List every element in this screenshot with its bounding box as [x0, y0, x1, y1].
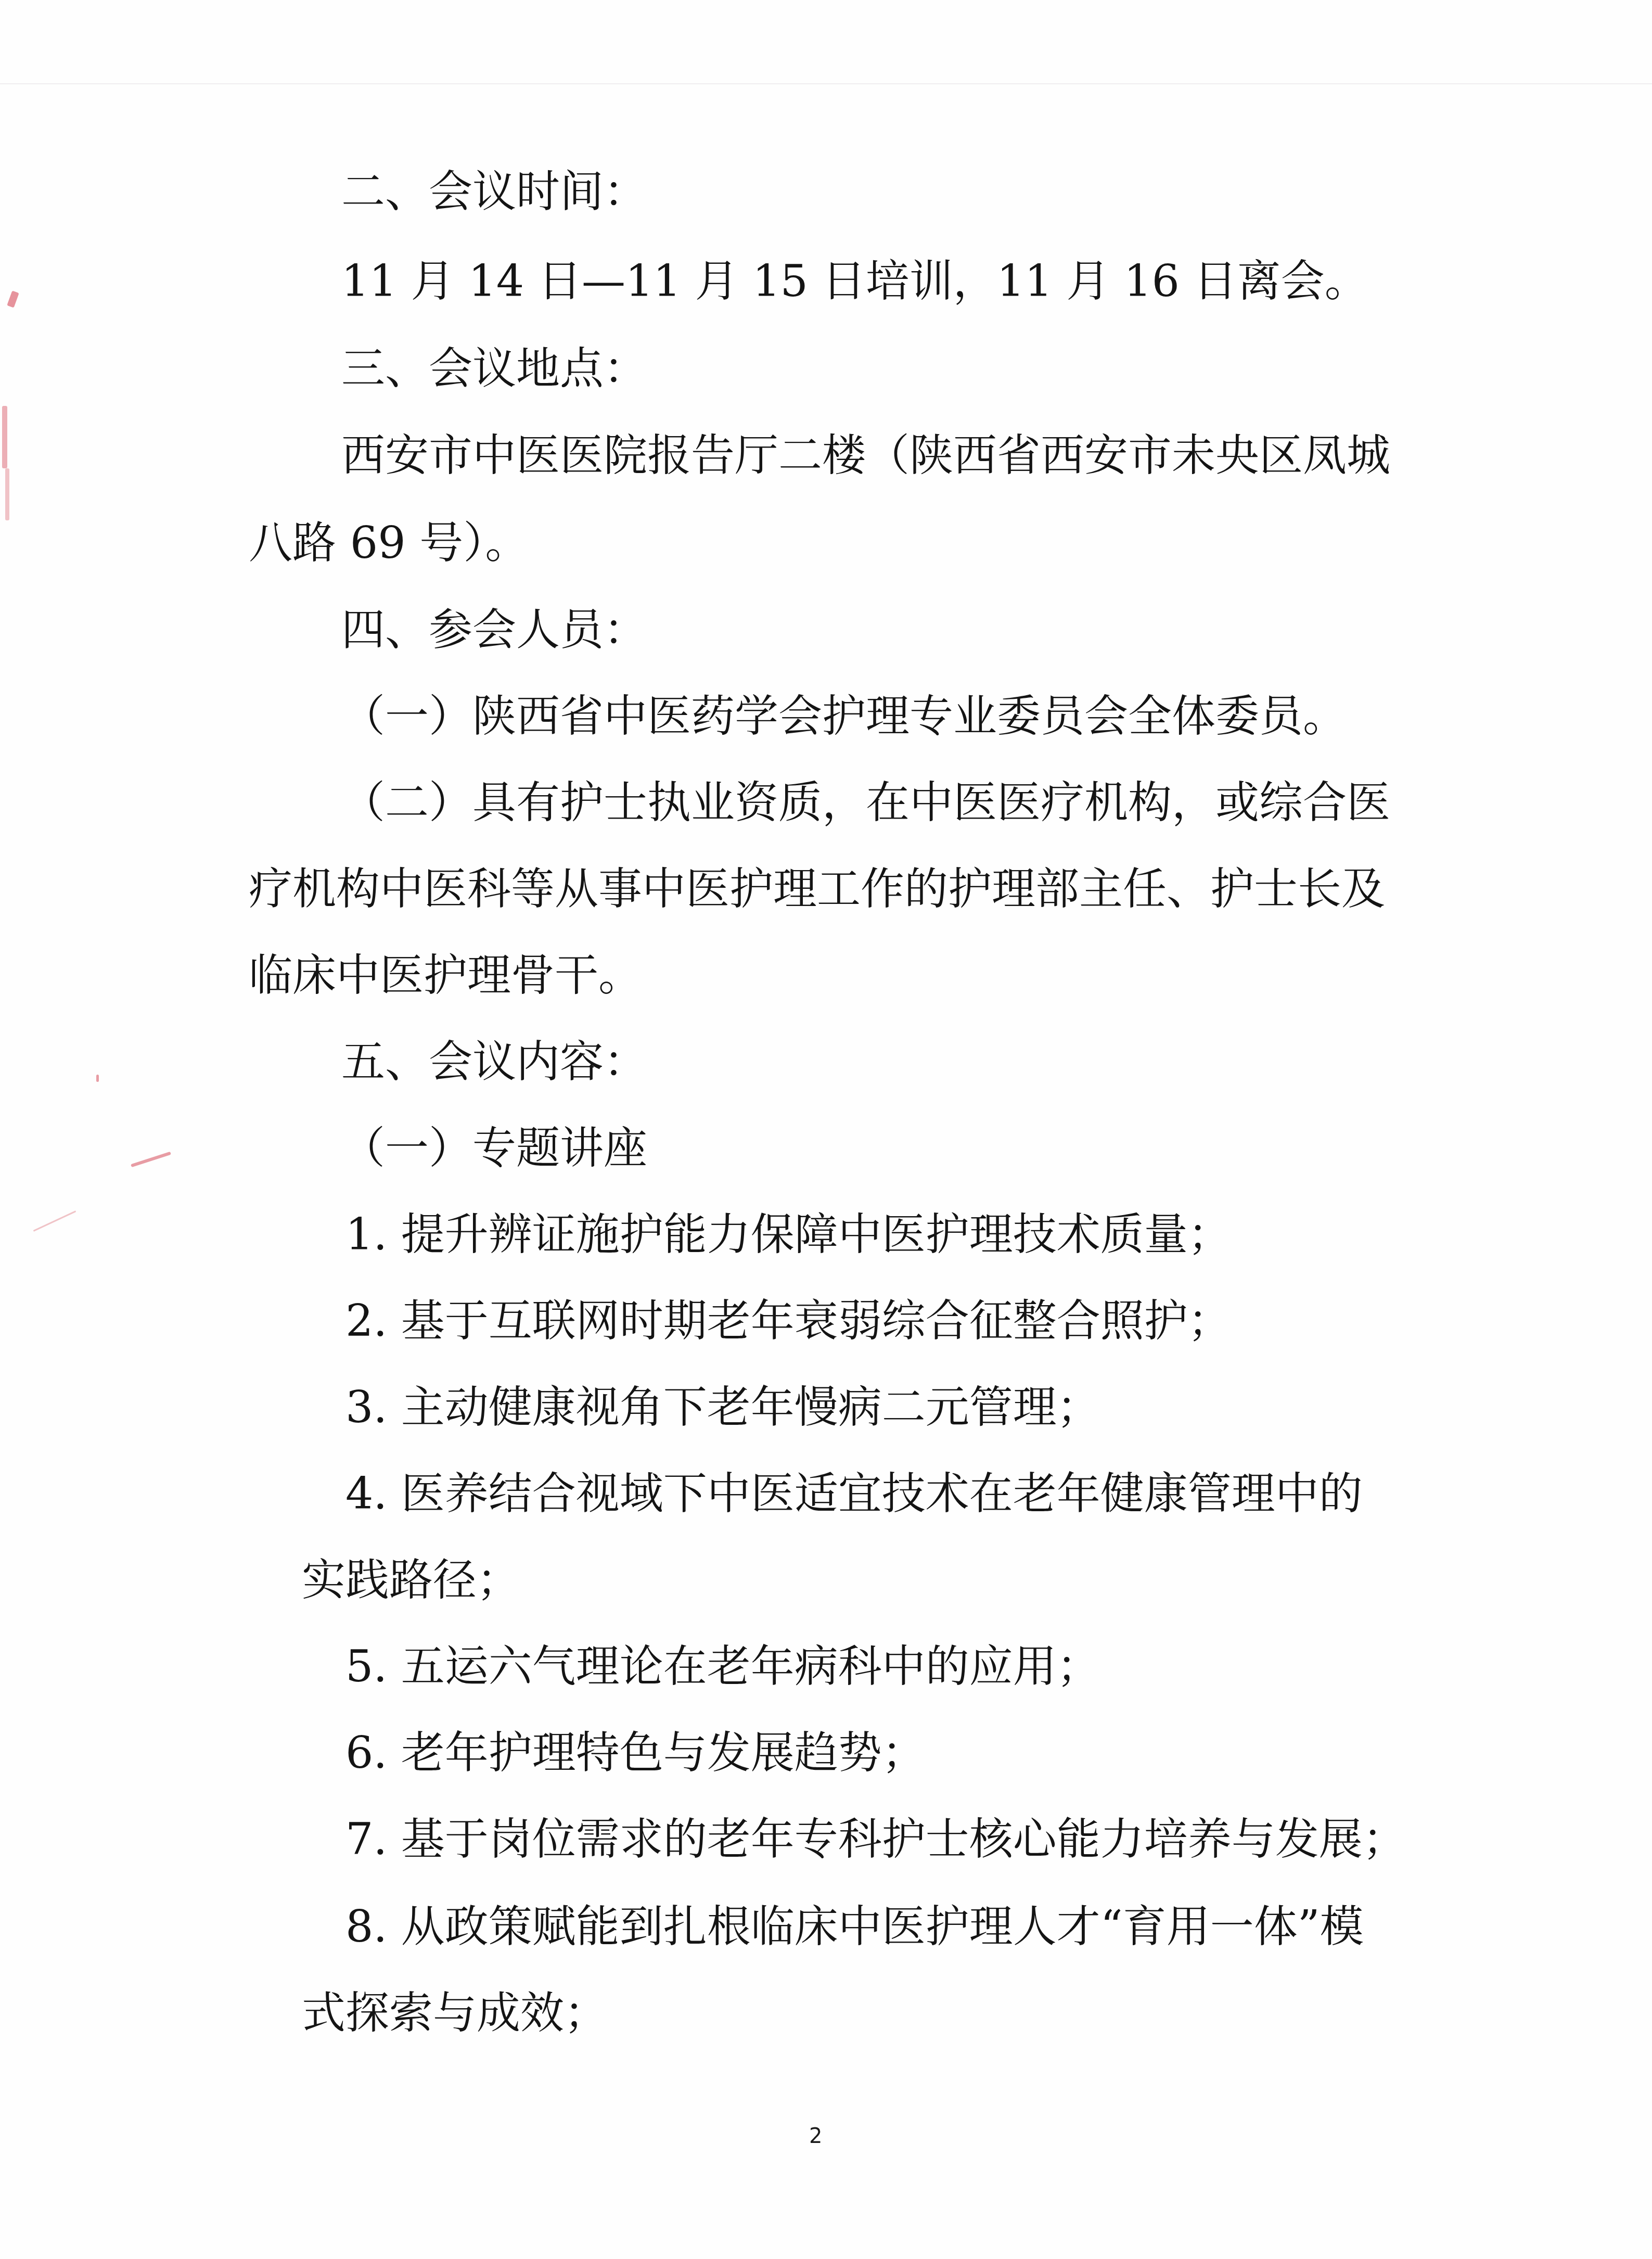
lecture-topic-4-line-1: 4. 医养结合视域下中医适宜技术在老年健康管理中的 [345, 1467, 1363, 1520]
lecture-topic-5: 5. 五运六气理论在老年病科中的应用； [345, 1640, 1100, 1692]
scan-artifact-line [0, 83, 1652, 84]
seal-trace [131, 1152, 171, 1167]
location-line-1: 西安市中医医院报告厅二楼（陕西省西安市未央区凤城 [341, 429, 1390, 481]
lecture-topic-8-line-1: 8. 从政策赋能到扎根临床中医护理人才“育用一体”模 [345, 1900, 1364, 1952]
meeting-dates: 11 月 14 日—11 月 15 日培训，11 月 16 日离会。 [341, 255, 1368, 307]
seal-trace [96, 1075, 99, 1082]
lecture-topic-6: 6. 老年护理特色与发展趋势； [345, 1727, 926, 1779]
lecture-topic-4-line-2: 实践路径； [302, 1554, 520, 1606]
lecture-topic-7: 7. 基于岗位需求的老年专科护士核心能力培养与发展； [345, 1813, 1406, 1865]
seal-trace [2, 406, 7, 468]
seal-trace [33, 1210, 76, 1232]
document-page: 二、会议时间： 11 月 14 日—11 月 15 日培训，11 月 16 日离… [0, 0, 1652, 2259]
section-heading-time: 二、会议时间： [341, 165, 647, 218]
attendees-item-1: （一）陕西省中医药学会护理专业委员会全体委员。 [341, 690, 1347, 742]
section-heading-content: 五、会议内容： [341, 1036, 647, 1088]
section-heading-attendees: 四、参会人员： [341, 604, 647, 656]
attendees-item-2-line-2: 疗机构中医科等从事中医护理工作的护理部主任、护士长及 [249, 863, 1385, 915]
lecture-topic-2: 2. 基于互联网时期老年衰弱综合征整合照护； [345, 1295, 1232, 1347]
lecture-topic-3: 3. 主动健康视角下老年慢病二元管理； [345, 1381, 1100, 1433]
lecture-topic-8-line-2: 式探索与成效； [302, 1987, 608, 2039]
location-line-2: 八路 69 号）。 [249, 517, 529, 569]
page-number: 2 [809, 2123, 822, 2149]
seal-trace [7, 291, 19, 308]
lecture-topic-1: 1. 提升辨证施护能力保障中医护理技术质量； [345, 1208, 1232, 1260]
attendees-item-2-line-3: 临床中医护理骨干。 [249, 949, 642, 1001]
content-subheading-lectures: （一）专题讲座 [341, 1122, 647, 1174]
attendees-item-2-line-1: （二）具有护士执业资质，在中医医疗机构，或综合医 [341, 776, 1390, 828]
section-heading-location: 三、会议地点： [341, 342, 647, 394]
seal-trace [5, 468, 9, 520]
